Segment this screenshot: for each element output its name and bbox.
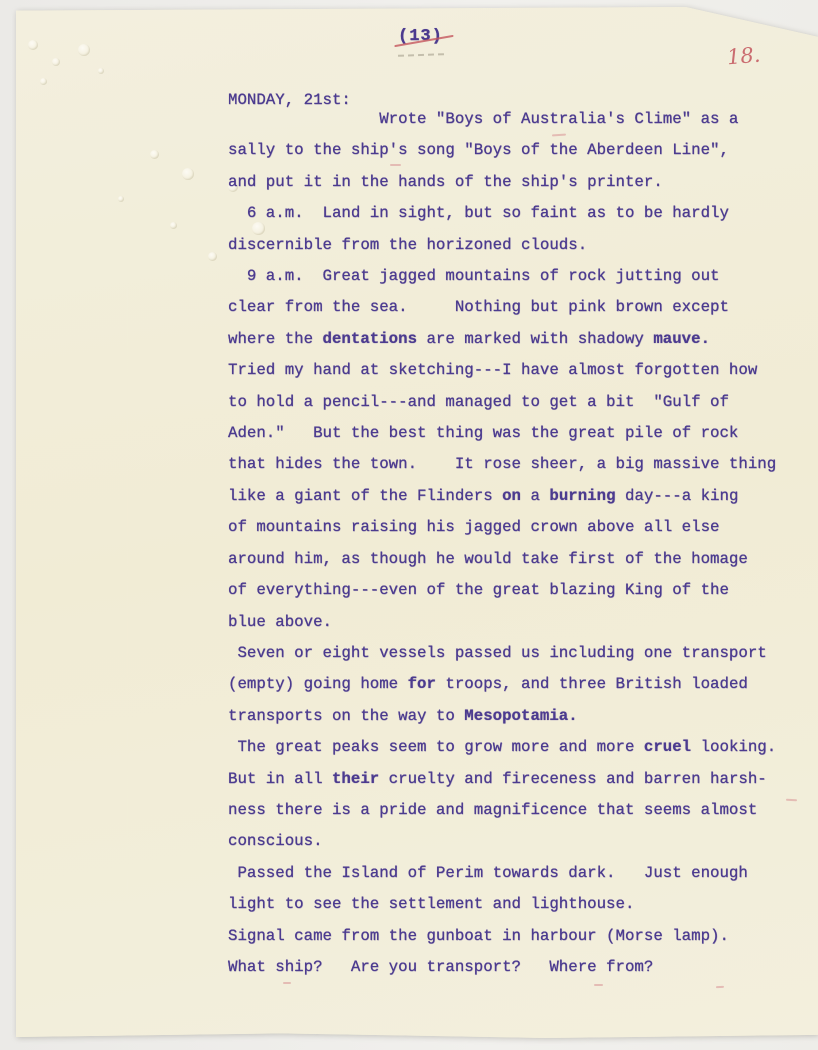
text-line: Passed the Island of Perim towards dark.… <box>228 858 776 889</box>
text-line: where the dentations are marked with sha… <box>228 324 776 355</box>
text-line: sally to the ship's song "Boys of the Ab… <box>228 135 776 166</box>
paper-blemish <box>150 150 159 159</box>
text-line: Wrote "Boys of Australia's Clime" as a <box>228 104 776 135</box>
paper-wrap: (13) 18. MONDAY, 21st: Wrote "Boys of Au… <box>0 0 818 1050</box>
text-line: and put it in the hands of the ship's pr… <box>228 167 776 198</box>
text-line: like a giant of the Flinders on a burnin… <box>228 481 776 512</box>
text-line: around him, as though he would take firs… <box>228 544 776 575</box>
text-line: that hides the town. It rose sheer, a bi… <box>228 449 776 480</box>
text-line: clear from the sea. Nothing but pink bro… <box>228 292 776 323</box>
ink-smudge <box>283 982 291 984</box>
text-line: transports on the way to Mesopotamia. <box>228 701 776 732</box>
text-line: Tried my hand at sketching---I have almo… <box>228 355 776 386</box>
text-line: 9 a.m. Great jagged mountains of rock ju… <box>228 261 776 292</box>
text-line: The great peaks seem to grow more and mo… <box>228 732 776 763</box>
text-line: Aden." But the best thing was the great … <box>228 418 776 449</box>
paper-blemish <box>182 168 194 180</box>
pencil-mark <box>398 53 444 57</box>
paper-blemish <box>52 58 60 66</box>
handwritten-folio-number: 18. <box>726 43 761 70</box>
paper-blemish <box>78 44 90 56</box>
paper-blemish <box>118 196 124 202</box>
ink-smudge <box>594 984 603 986</box>
text-line: ness there is a pride and magnificence t… <box>228 795 776 826</box>
text-line: Signal came from the gunboat in harbour … <box>228 921 776 952</box>
text-line: conscious. <box>228 826 776 857</box>
text-line: What ship? Are you transport? Where from… <box>228 952 776 983</box>
diary-body-text: Wrote "Boys of Australia's Clime" as asa… <box>228 104 776 983</box>
paper-blemish <box>208 252 217 261</box>
text-line: But in all their cruelty and fireceness … <box>228 764 776 795</box>
paper-blemish <box>28 40 38 50</box>
paper-blemish <box>170 222 177 229</box>
text-line: 6 a.m. Land in sight, but so faint as to… <box>228 198 776 229</box>
text-line: Seven or eight vessels passed us includi… <box>228 638 776 669</box>
text-line: light to see the settlement and lighthou… <box>228 889 776 920</box>
text-line: of mountains raising his jagged crown ab… <box>228 512 776 543</box>
text-line: of everything---even of the great blazin… <box>228 575 776 606</box>
ink-smudge <box>716 986 724 988</box>
text-line: blue above. <box>228 607 776 638</box>
ink-smudge <box>786 799 797 802</box>
text-line: (empty) going home for troops, and three… <box>228 669 776 700</box>
ink-smudge <box>390 164 401 166</box>
paper-blemish <box>40 78 47 85</box>
text-line: discernible from the horizoned clouds. <box>228 230 776 261</box>
text-line: to hold a pencil---and managed to get a … <box>228 387 776 418</box>
diary-page: (13) 18. MONDAY, 21st: Wrote "Boys of Au… <box>16 7 818 1038</box>
paper-blemish <box>98 68 104 74</box>
